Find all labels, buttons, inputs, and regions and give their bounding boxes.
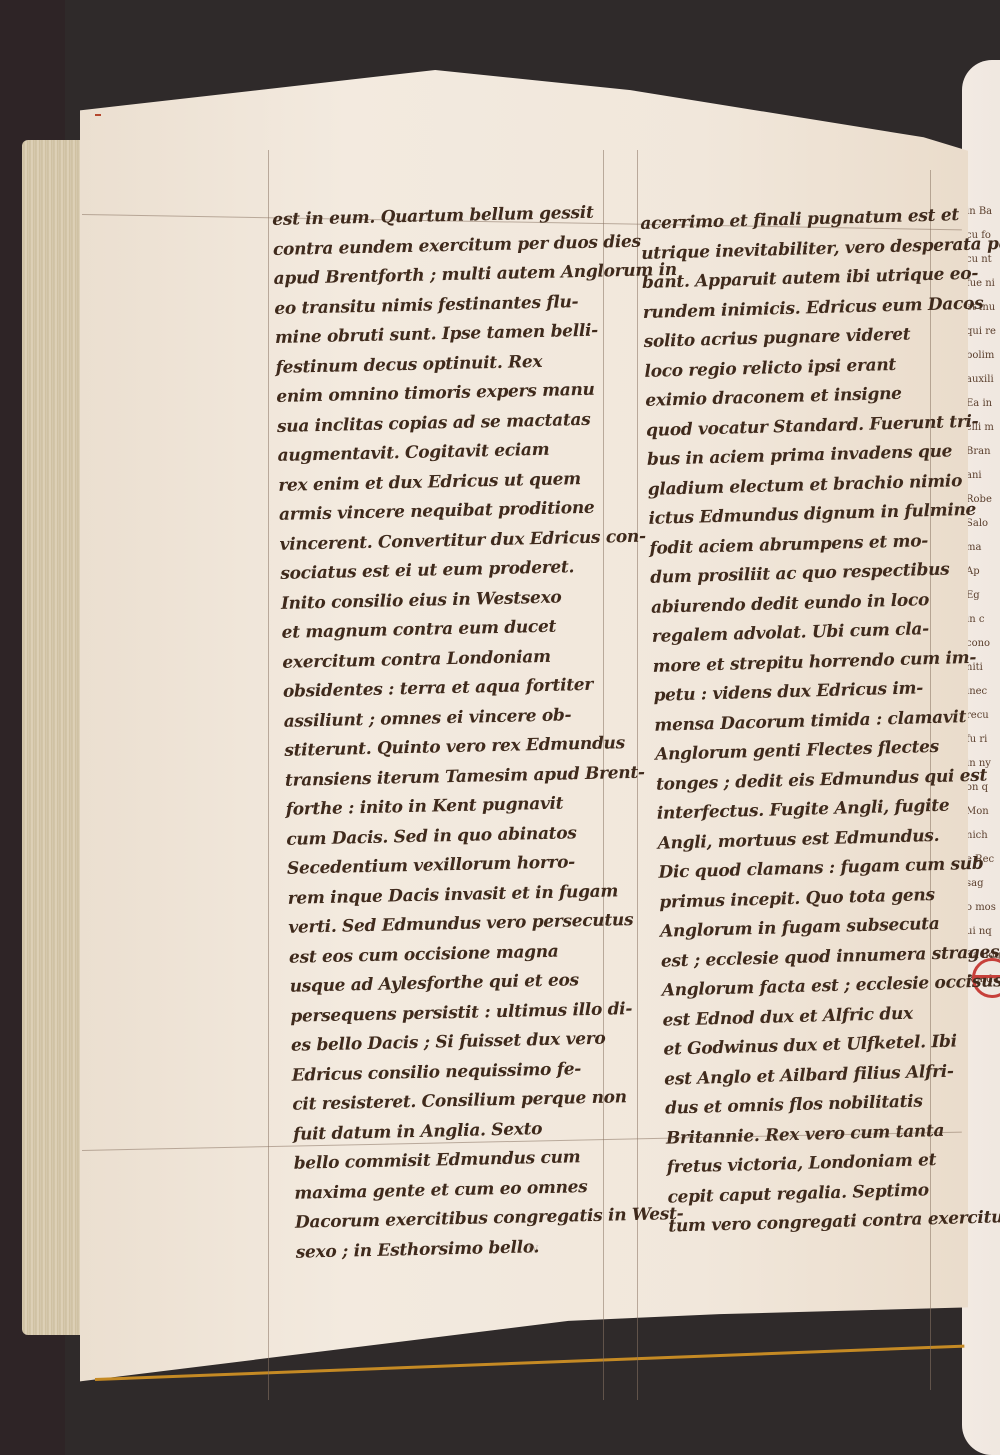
- manuscript-line: Bran: [966, 440, 1000, 464]
- manuscript-line: qui re: [966, 320, 1000, 344]
- manuscript-line: ma: [966, 536, 1000, 560]
- red-ink-mark: [95, 114, 101, 116]
- manuscript-line: ui nq: [966, 920, 1000, 944]
- manuscript-line: sag: [966, 872, 1000, 896]
- manuscript-line: nich: [966, 824, 1000, 848]
- manuscript-line: o mos: [966, 896, 1000, 920]
- manuscript-line: Ap: [966, 560, 1000, 584]
- manuscript-line: ani: [966, 464, 1000, 488]
- manuscript-line: recu: [966, 704, 1000, 728]
- manuscript-line: Eg: [966, 584, 1000, 608]
- text-column-left: est in eum. Quartum bellum gessitcontra …: [272, 198, 641, 1268]
- manuscript-line: in Ba: [966, 200, 1000, 224]
- page-edges-stack: [22, 140, 82, 1335]
- manuscript-line: in c: [966, 608, 1000, 632]
- manuscript-line: bolim: [966, 344, 1000, 368]
- manuscript-line: fu ri: [966, 728, 1000, 752]
- ruling-left-col-left: [268, 150, 269, 1400]
- manuscript-line: auxili: [966, 368, 1000, 392]
- manuscript-line: Mon: [966, 800, 1000, 824]
- manuscript-line: inec: [966, 680, 1000, 704]
- text-column-right: acerrimo et finali pugnatum est etutriqu…: [640, 202, 969, 1242]
